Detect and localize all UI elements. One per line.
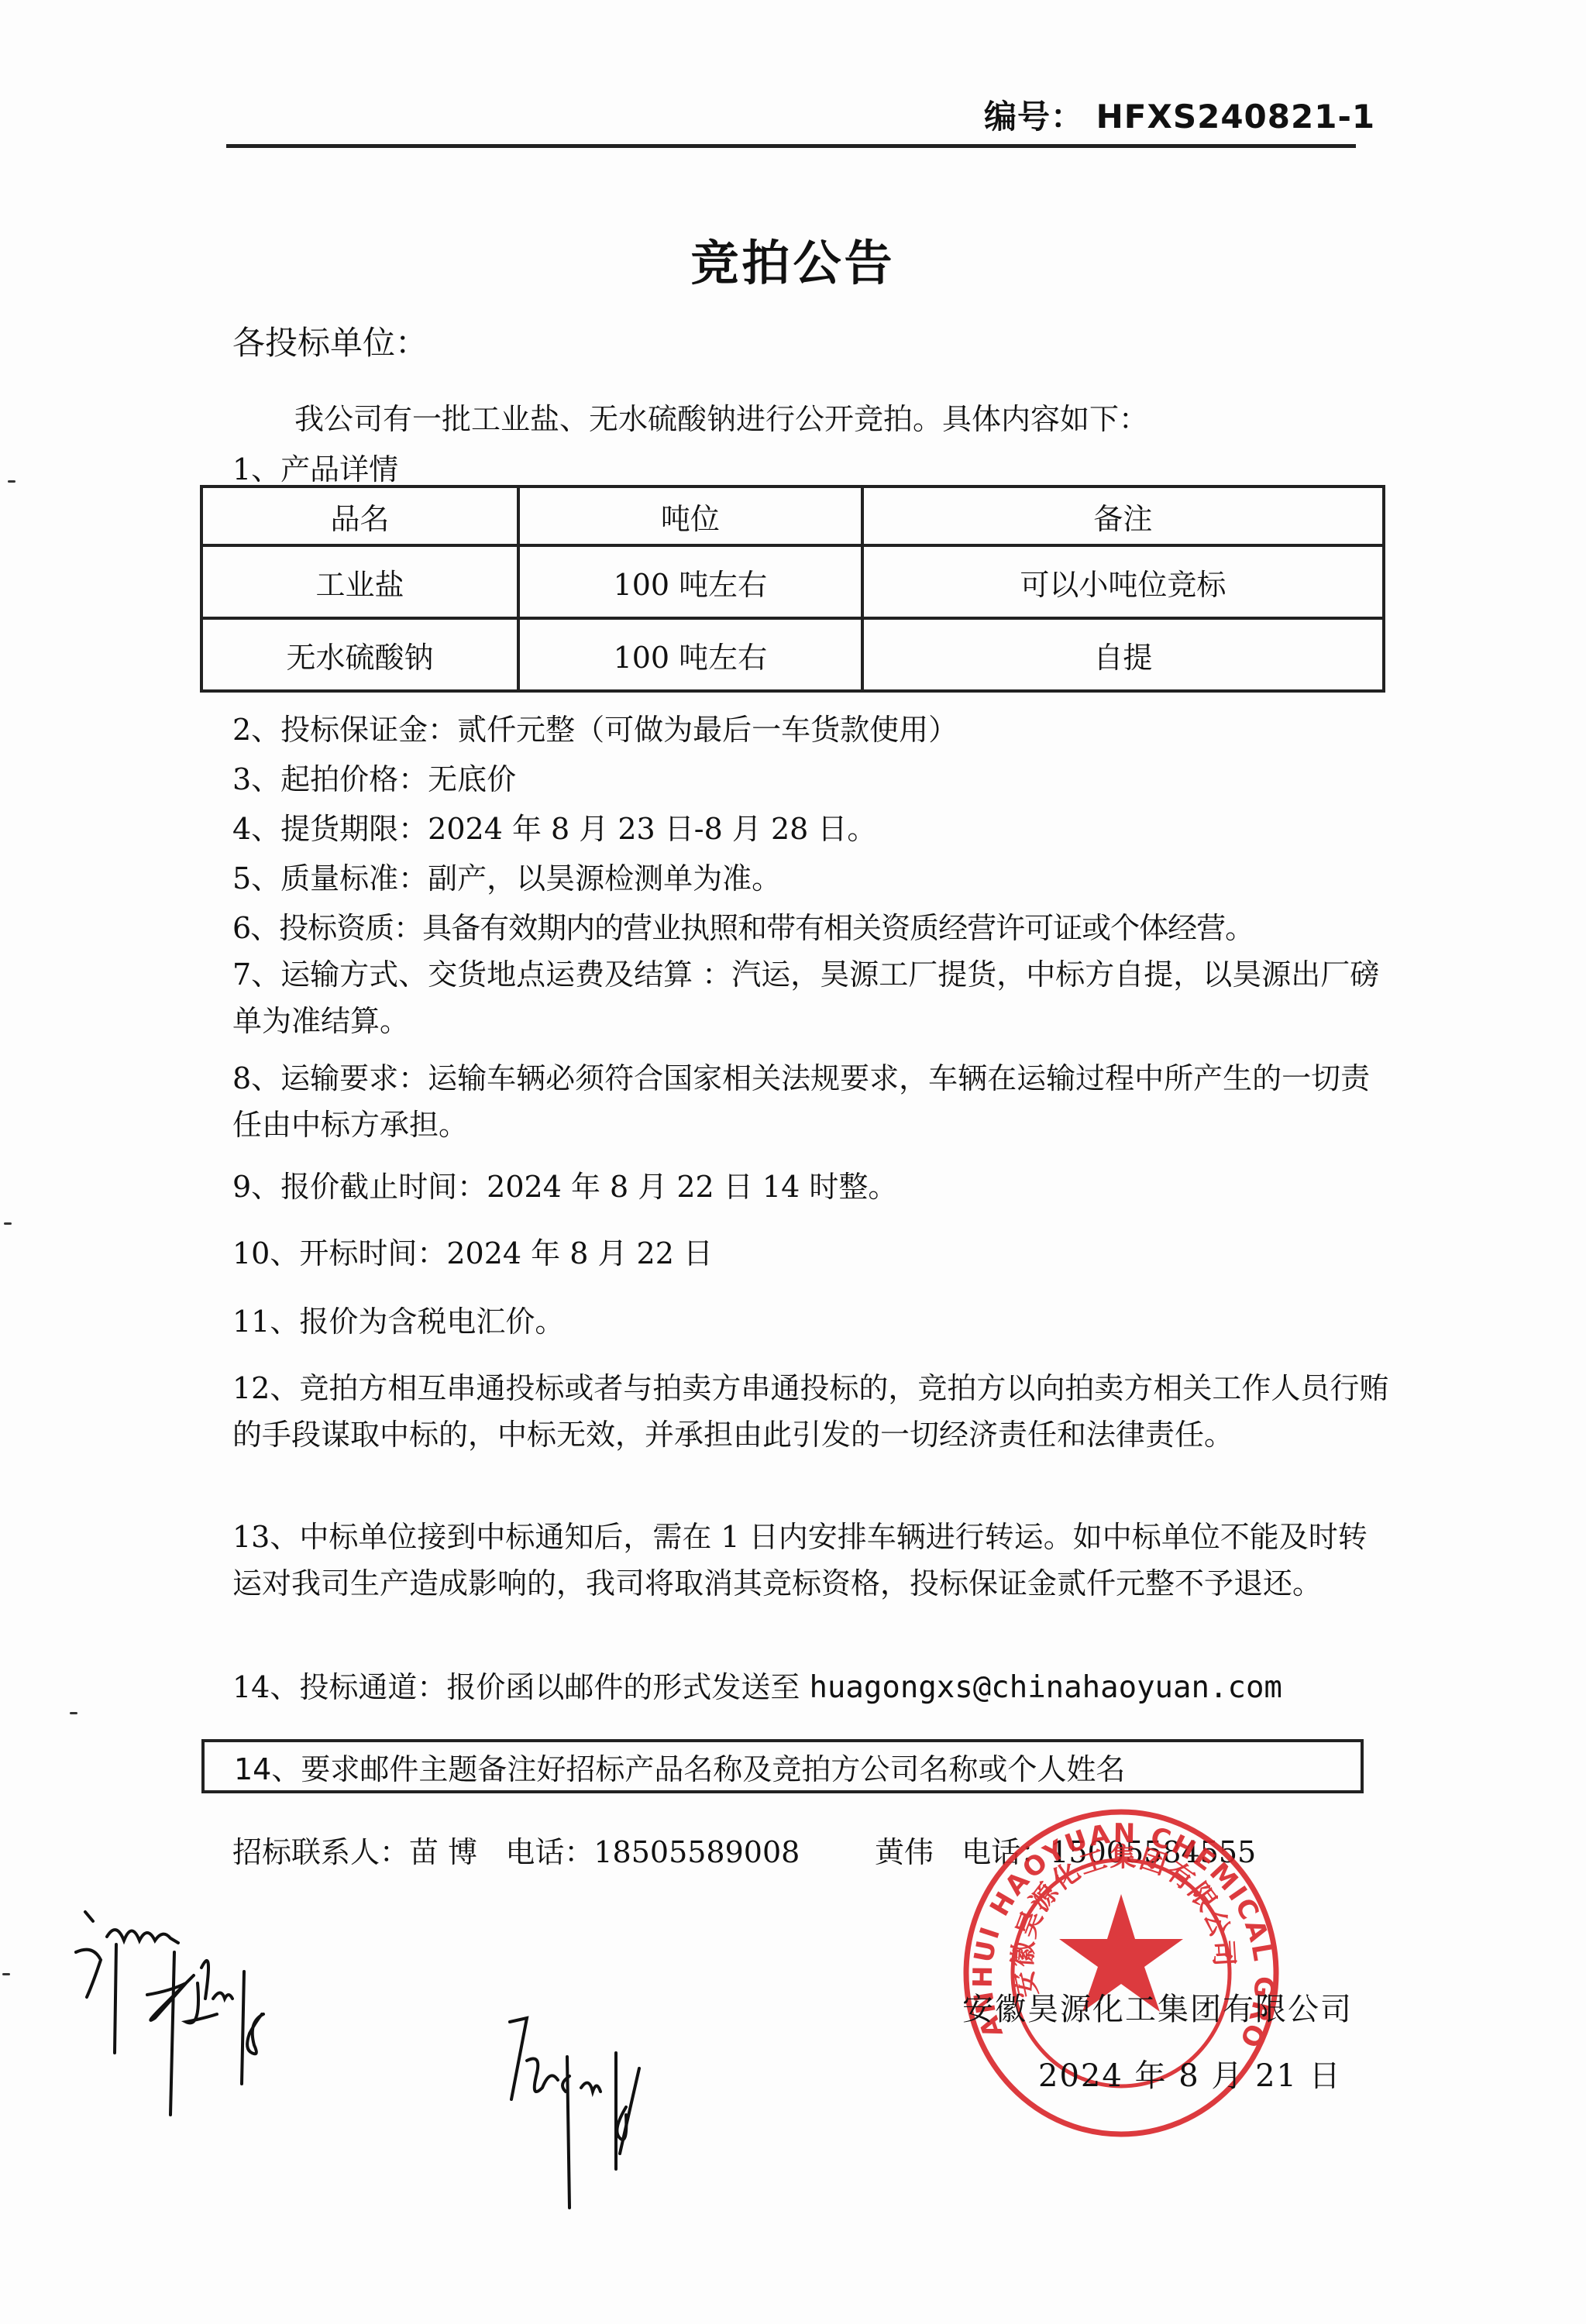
- table-row: 工业盐 100 吨左右 可以小吨位竞标: [201, 545, 1384, 618]
- item-opening-time: 10、开标时间：2024 年 8 月 22 日: [232, 1230, 1395, 1277]
- intro-paragraph: 我公司有一批工业盐、无水硫酸钠进行公开竞拍。具体内容如下：: [294, 395, 1148, 438]
- column-header-note: 备注: [862, 486, 1384, 545]
- cell-name: 工业盐: [201, 545, 518, 618]
- email-subject-notice: 14、要求邮件主题备注好招标产品名称及竞拍方公司名称或个人姓名: [201, 1739, 1364, 1793]
- handwritten-signature-1-icon: [70, 1898, 380, 2123]
- cell-tonnage: 100 吨左右: [518, 618, 862, 691]
- item-qualification: 6、投标资质：具备有效期内的营业执照和带有相关资质经营许可证或个体经营。: [232, 905, 1441, 951]
- cell-name: 无水硫酸钠: [201, 618, 518, 691]
- document-number-value: HFXS240821-1: [1096, 98, 1375, 136]
- cell-tonnage: 100 吨左右: [518, 545, 862, 618]
- handwritten-signature-2-icon: [504, 2014, 783, 2216]
- item-pickup-period: 4、提货期限：2024 年 8 月 23 日-8 月 28 日。: [232, 806, 1395, 852]
- item-collusion-clause: 12、竞拍方相互串通投标或者与拍卖方串通投标的，竞拍方以向拍卖方相关工作人员行贿…: [232, 1365, 1395, 1458]
- cell-note: 可以小吨位竞标: [862, 545, 1384, 618]
- scan-speck: [8, 480, 15, 483]
- contact-phone-1[interactable]: 18505589008: [593, 1835, 800, 1869]
- item-quality-standard: 5、质量标准：副产，以昊源检测单为准。: [232, 855, 1395, 902]
- table-row: 无水硫酸钠 100 吨左右 自提: [201, 618, 1384, 691]
- cell-note: 自提: [862, 618, 1384, 691]
- item-bidding-channel: 14、投标通道：报价函以邮件的形式发送至 huagongxs@chinahaoy…: [232, 1664, 1441, 1711]
- column-header-tonnage: 吨位: [518, 486, 862, 545]
- item-deposit: 2、投标保证金：贰仟元整（可做为最后一车货款使用）: [232, 706, 1395, 753]
- item-transport-settlement: 7、运输方式、交货地点运费及结算 ：汽运，昊源工厂提货，中标方自提，以昊源出厂磅…: [232, 951, 1395, 1044]
- item-transport-requirements: 8、运输要求：运输车辆必须符合国家相关法规要求，车辆在运输过程中所产生的一切责任…: [232, 1055, 1395, 1148]
- item-starting-price: 3、起拍价格：无底价: [232, 756, 1395, 803]
- header-rule: [226, 144, 1356, 148]
- contacts-label: 招标联系人：: [232, 1835, 409, 1869]
- document-number: 编号： HFXS240821-1: [984, 91, 1375, 138]
- item-tax-price: 11、报价为含税电汇价。: [232, 1298, 1395, 1345]
- item-transfer-clause: 13、中标单位接到中标通知后，需在 1 日内安排车辆进行转运。如中标单位不能及时…: [232, 1514, 1395, 1607]
- phone-label-1: 电话：: [505, 1835, 593, 1869]
- page-title: 竞拍公告: [0, 225, 1586, 294]
- document-number-label: 编号：: [984, 98, 1084, 136]
- signature-date: 2024 年 8 月 21 日: [1038, 2051, 1342, 2095]
- contact-person-2: 黄伟: [875, 1835, 934, 1869]
- products-section-label: 1、产品详情: [232, 445, 398, 488]
- email-link[interactable]: huagongxs@chinahaoyuan.com: [809, 1670, 1282, 1705]
- table-header-row: 品名 吨位 备注: [201, 486, 1384, 545]
- greeting: 各投标单位：: [232, 318, 428, 364]
- contact-person-1: 苗 博: [409, 1835, 477, 1869]
- signature-company: 安徽昊源化工集团有限公司: [962, 1985, 1353, 2029]
- column-header-name: 品名: [201, 486, 518, 545]
- scan-speck: [2, 1973, 10, 1975]
- item-quote-deadline: 9、报价截止时间：2024 年 8 月 22 日 14 时整。: [232, 1164, 1395, 1210]
- scan-speck: [70, 1712, 77, 1714]
- products-table: 品名 吨位 备注 工业盐 100 吨左右 可以小吨位竞标 无水硫酸钠 100 吨…: [200, 485, 1385, 693]
- scan-speck: [4, 1222, 12, 1225]
- channel-text: 14、投标通道：报价函以邮件的形式发送至: [232, 1670, 809, 1704]
